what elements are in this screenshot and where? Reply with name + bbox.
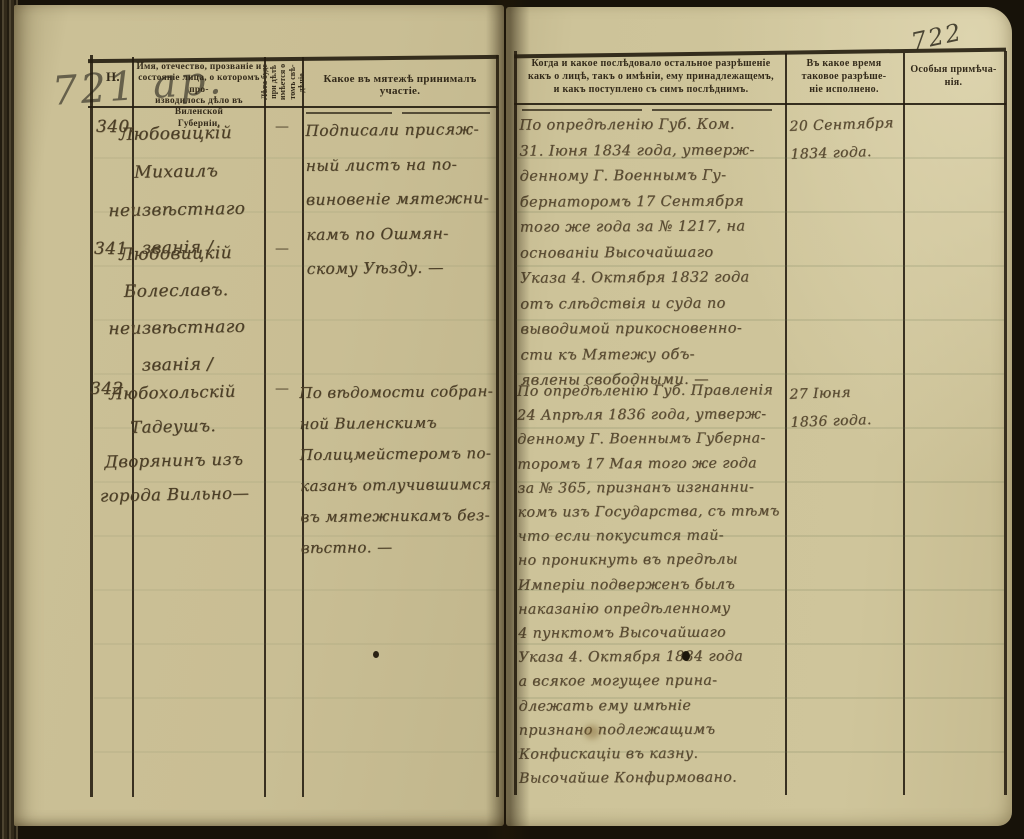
entry-name: Любохольскій Тадеушъ. Дворянинъ изъ горо… [75,374,273,514]
paper-stain [584,725,600,739]
resolution-text: По опредѣленію Губ. Правленія 24 Апрѣля … [517,378,785,791]
resolution-text: По опредѣленію Губ. Ком. 31. Іюня 1834 г… [519,112,780,394]
resolution-date: 27 Іюня 1836 года. [789,377,896,437]
header-age: Лѣта буде при дѣлѣ имѣется о томъ свѣ- д… [260,59,306,105]
ledger-scan: 721 ар. Н. Имя, отечество, прозваніе и с… [0,0,1024,839]
entry-name: Любовицкій Болеславъ. неизвѣстнаго звані… [83,234,271,385]
right-header-underline-b [652,109,772,111]
header-participation: Какое въ мятежѣ принималъ участіе. [305,73,495,97]
header-no: Н. [94,69,132,85]
col-divider-time-remarks [903,53,905,795]
right-page: 722 Когда и какое послѣдовало остальное … [506,7,1012,826]
col-divider-resolution-time [785,53,787,795]
paper-hole [682,651,690,661]
right-border-line [1004,51,1007,795]
header-time: Въ какое время таковое разрѣше- ніе испо… [788,57,900,96]
right-header-bottom-rule [514,103,1006,105]
header-remarks: Особыя примѣча- нія. [906,63,1001,89]
entry-age-mark: — [262,119,302,135]
participation-note: По вѣдомости собран- ной Виленскимъ Поли… [299,376,499,564]
left-page: 721 ар. Н. Имя, отечество, прозваніе и с… [14,5,504,826]
paper-speck [373,651,379,658]
entry-age-mark: — [262,381,302,397]
entry-age-mark: — [262,241,302,257]
header-age-text: Лѣта буде при дѣлѣ имѣется о томъ свѣ- д… [260,64,306,100]
resolution-date: 20 Сентября 1834 года. [789,109,896,169]
participation-note: Подписали присяж- ный листъ на по- винов… [305,112,497,286]
header-resolution: Когда и какое послѣдовало остальное разр… [520,57,782,96]
right-header-underline-a [522,109,642,111]
